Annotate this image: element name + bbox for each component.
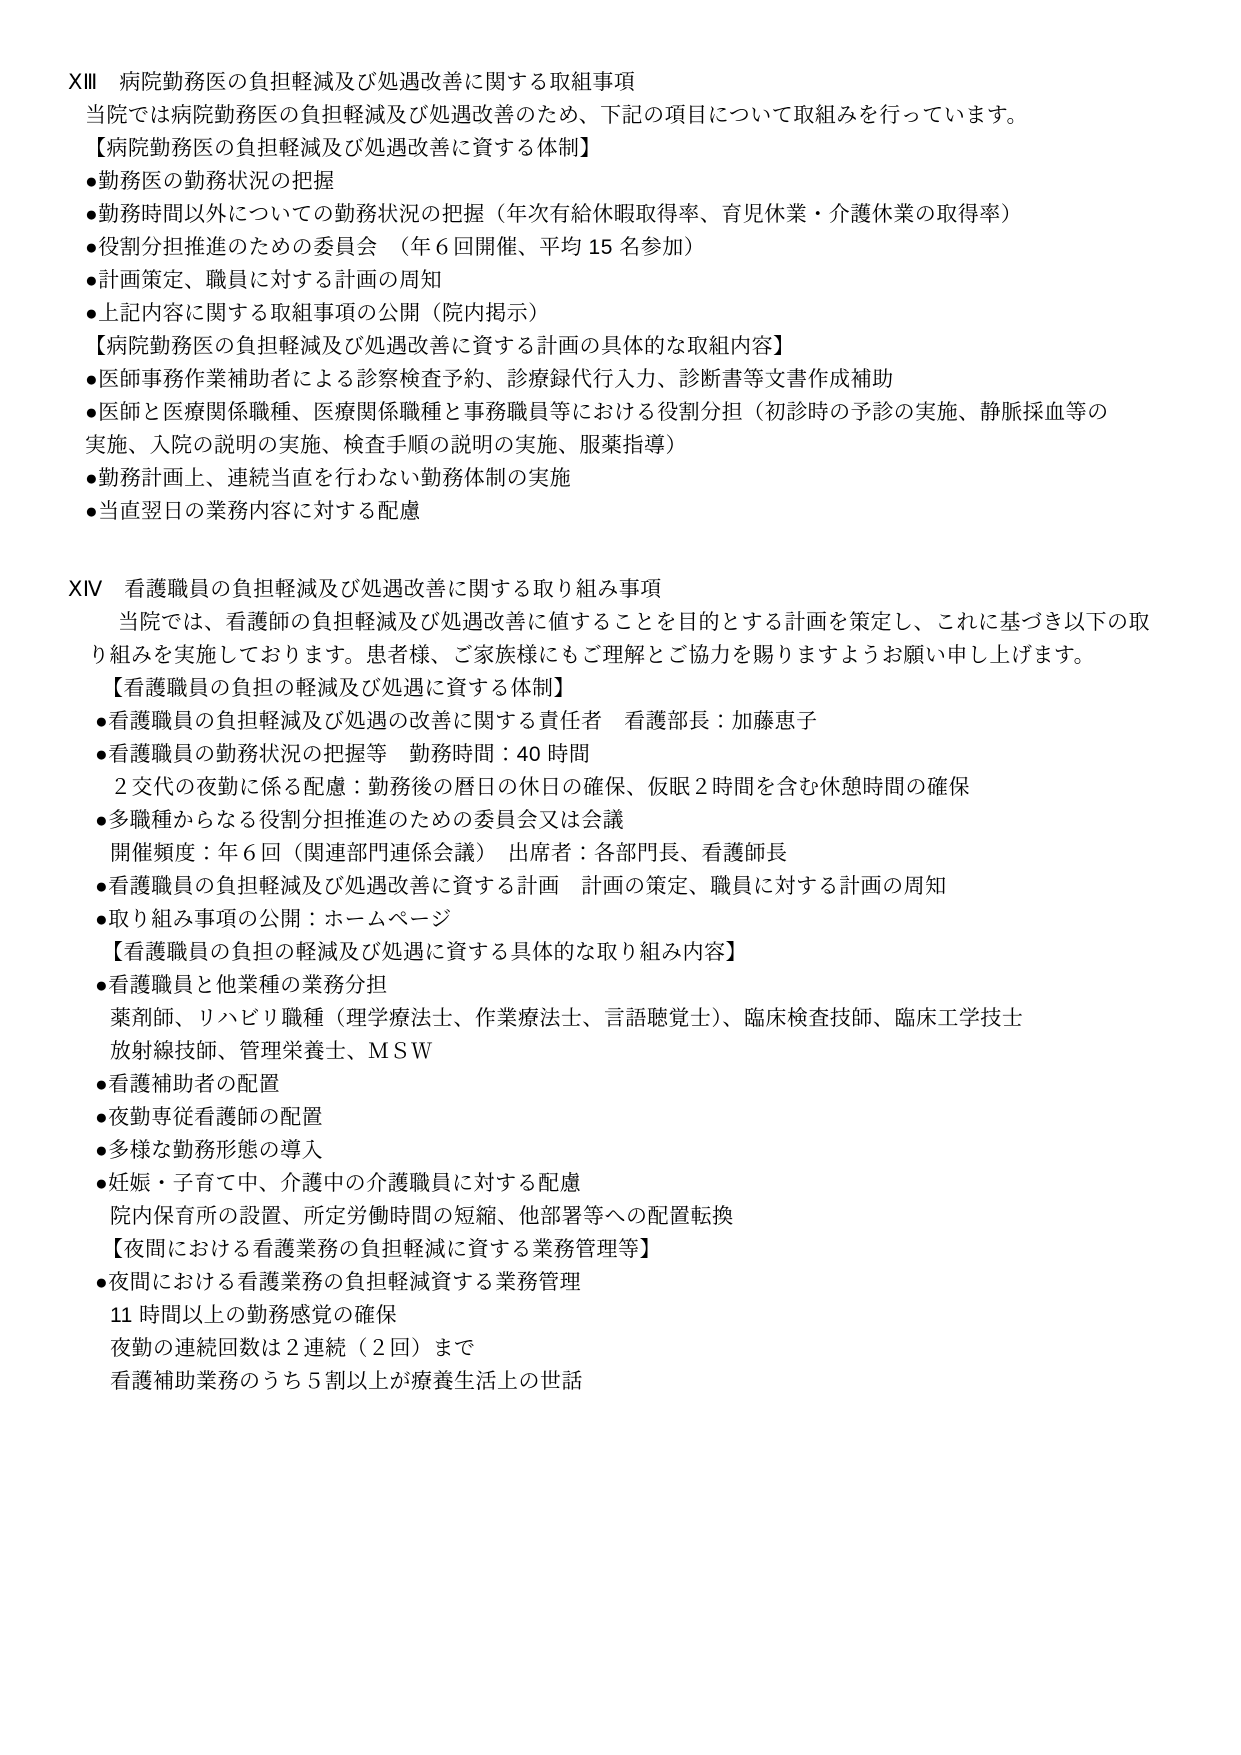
bullet-line: ●勤務時間以外についての勤務状況の把握（年次有給休暇取得率、育児休業・介護休業の… xyxy=(68,198,1191,231)
document-line: 放射線技師、管理栄養士、ＭＳＷ xyxy=(68,1035,1191,1068)
bullet-line: ●計画策定、職員に対する計画の周知 xyxy=(68,264,1191,297)
bullet-line: ●看護補助者の配置 xyxy=(68,1068,1191,1101)
document-line: 当院では、看護師の負担軽減及び処遇改善に値することを目的とする計画を策定し、これ… xyxy=(68,606,1191,639)
bullet-line: ●多様な勤務形態の導入 xyxy=(68,1134,1191,1167)
bullet-line: ●勤務計画上、連続当直を行わない勤務体制の実施 xyxy=(68,462,1191,495)
document-line: 薬剤師、リハビリ職種（理学療法士、作業療法士、言語聴覚士）、臨床検査技師、臨床工… xyxy=(68,1002,1191,1035)
section-heading: ⅩⅣ 看護職員の負担軽減及び処遇改善に関する取り組み事項 xyxy=(68,573,1191,606)
document-line: 当院では病院勤務医の負担軽減及び処遇改善のため、下記の項目について取組みを行って… xyxy=(68,99,1191,132)
bracket-subheading-line: 【夜間における看護業務の負担軽減に資する業務管理等】 xyxy=(68,1233,1191,1266)
document-line: 実施、入院の説明の実施、検査手順の説明の実施、服薬指導） xyxy=(68,429,1191,462)
bullet-line: ●夜勤専従看護師の配置 xyxy=(68,1101,1191,1134)
document-line: 看護補助業務のうち５割以上が療養生活上の世話 xyxy=(68,1365,1191,1398)
document-line: 院内保育所の設置、所定労働時間の短縮、他部署等への配置転換 xyxy=(68,1200,1191,1233)
document-line: 開催頻度：年６回（関連部門連係会議） 出席者：各部門長、看護師長 xyxy=(68,837,1191,870)
bullet-line: ●看護職員の負担軽減及び処遇の改善に関する責任者 看護部長：加藤恵子 xyxy=(68,705,1191,738)
bracket-subheading-line: 【看護職員の負担の軽減及び処遇に資する具体的な取り組み内容】 xyxy=(68,936,1191,969)
bullet-line: ●取り組み事項の公開：ホームページ xyxy=(68,903,1191,936)
document-line: り組みを実施しております。患者様、ご家族様にもご理解とご協力を賜りますようお願い… xyxy=(68,639,1191,672)
bullet-line: ●医師と医療関係職種、医療関係職種と事務職員等における役割分担（初診時の予診の実… xyxy=(68,396,1191,429)
document-line: 11 時間以上の勤務感覚の確保 xyxy=(68,1299,1191,1332)
document-body: ⅩⅢ 病院勤務医の負担軽減及び処遇改善に関する取組事項当院では病院勤務医の負担軽… xyxy=(0,0,1241,1398)
bullet-line: ●上記内容に関する取組事項の公開（院内掲示） xyxy=(68,297,1191,330)
bullet-line: ●看護職員の勤務状況の把握等 勤務時間：40 時間 xyxy=(68,738,1191,771)
document-line: 夜勤の連続回数は２連続（２回）まで xyxy=(68,1332,1191,1365)
bullet-line: ●当直翌日の業務内容に対する配慮 xyxy=(68,495,1191,528)
section: ⅩⅢ 病院勤務医の負担軽減及び処遇改善に関する取組事項当院では病院勤務医の負担軽… xyxy=(68,66,1191,528)
bullet-line: ●看護職員と他業種の業務分担 xyxy=(68,969,1191,1002)
bullet-line: ●夜間における看護業務の負担軽減資する業務管理 xyxy=(68,1266,1191,1299)
bullet-line: ●多職種からなる役割分担推進のための委員会又は会議 xyxy=(68,804,1191,837)
bracket-subheading-line: 【病院勤務医の負担軽減及び処遇改善に資する体制】 xyxy=(68,132,1191,165)
bullet-line: ●看護職員の負担軽減及び処遇改善に資する計画 計画の策定、職員に対する計画の周知 xyxy=(68,870,1191,903)
section-heading: ⅩⅢ 病院勤務医の負担軽減及び処遇改善に関する取組事項 xyxy=(68,66,1191,99)
document-page: ⅩⅢ 病院勤務医の負担軽減及び処遇改善に関する取組事項当院では病院勤務医の負担軽… xyxy=(0,0,1241,1755)
bullet-line: ●役割分担推進のための委員会 （年６回開催、平均 15 名参加） xyxy=(68,231,1191,264)
bullet-line: ●勤務医の勤務状況の把握 xyxy=(68,165,1191,198)
document-line: ２交代の夜勤に係る配慮：勤務後の暦日の休日の確保、仮眠２時間を含む休憩時間の確保 xyxy=(68,771,1191,804)
bullet-line: ●妊娠・子育て中、介護中の介護職員に対する配慮 xyxy=(68,1167,1191,1200)
section: ⅩⅣ 看護職員の負担軽減及び処遇改善に関する取り組み事項当院では、看護師の負担軽… xyxy=(68,573,1191,1398)
bracket-subheading-line: 【病院勤務医の負担軽減及び処遇改善に資する計画の具体的な取組内容】 xyxy=(68,330,1191,363)
bullet-line: ●医師事務作業補助者による診察検査予約、診療録代行入力、診断書等文書作成補助 xyxy=(68,363,1191,396)
bracket-subheading-line: 【看護職員の負担の軽減及び処遇に資する体制】 xyxy=(68,672,1191,705)
